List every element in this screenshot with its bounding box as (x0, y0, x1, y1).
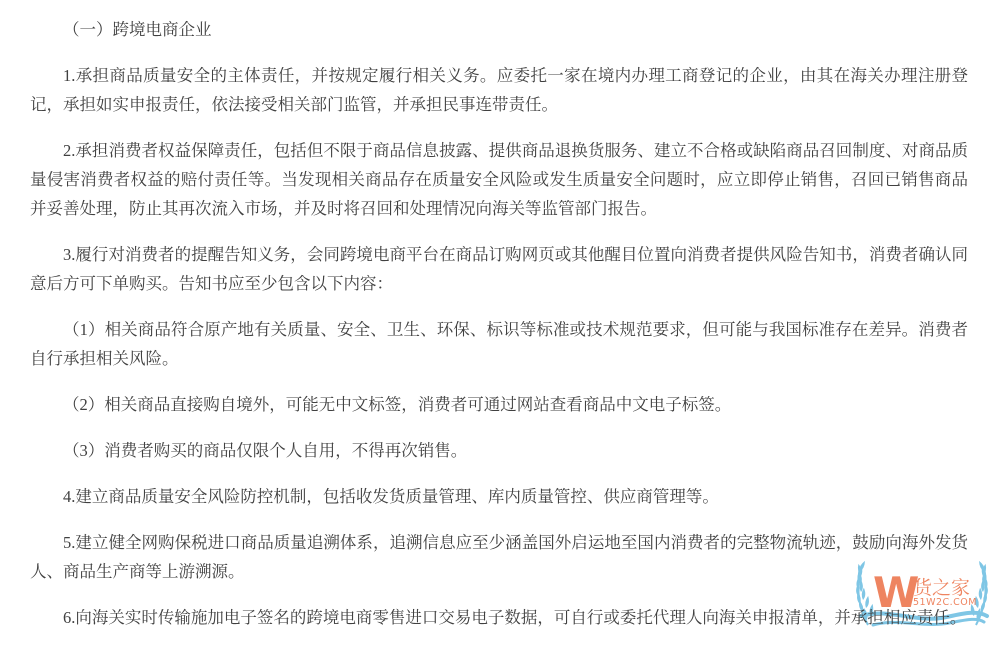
document-body: （一）跨境电商企业 1.承担商品质量安全的主体责任，并按规定履行相关义务。应委托… (0, 0, 998, 632)
paragraph-3-item-3: （3）消费者购买的商品仅限个人自用，不得再次销售。 (30, 436, 968, 465)
paragraph-3-item-1: （1）相关商品符合原产地有关质量、安全、卫生、环保、标识等标准或技术规范要求，但… (30, 315, 968, 373)
paragraph-3: 3.履行对消费者的提醒告知义务，会同跨境电商平台在商品订购网页或其他醒目位置向消… (30, 240, 968, 298)
paragraph-6: 6.向海关实时传输施加电子签名的跨境电商零售进口交易电子数据，可自行或委托代理人… (30, 603, 968, 632)
document-page: （一）跨境电商企业 1.承担商品质量安全的主体责任，并按规定履行相关义务。应委托… (0, 0, 998, 647)
paragraph-1: 1.承担商品质量安全的主体责任，并按规定履行相关义务。应委托一家在境内办理工商登… (30, 61, 968, 119)
section-heading: （一）跨境电商企业 (30, 15, 968, 44)
paragraph-2: 2.承担消费者权益保障责任，包括但不限于商品信息披露、提供商品退换货服务、建立不… (30, 136, 968, 223)
paragraph-3-item-2: （2）相关商品直接购自境外，可能无中文标签，消费者可通过网站查看商品中文电子标签… (30, 390, 968, 419)
paragraph-4: 4.建立商品质量安全风险防控机制，包括收发货质量管理、库内质量管控、供应商管理等… (30, 482, 968, 511)
paragraph-5: 5.建立健全网购保税进口商品质量追溯体系，追溯信息应至少涵盖国外启运地至国内消费… (30, 528, 968, 586)
